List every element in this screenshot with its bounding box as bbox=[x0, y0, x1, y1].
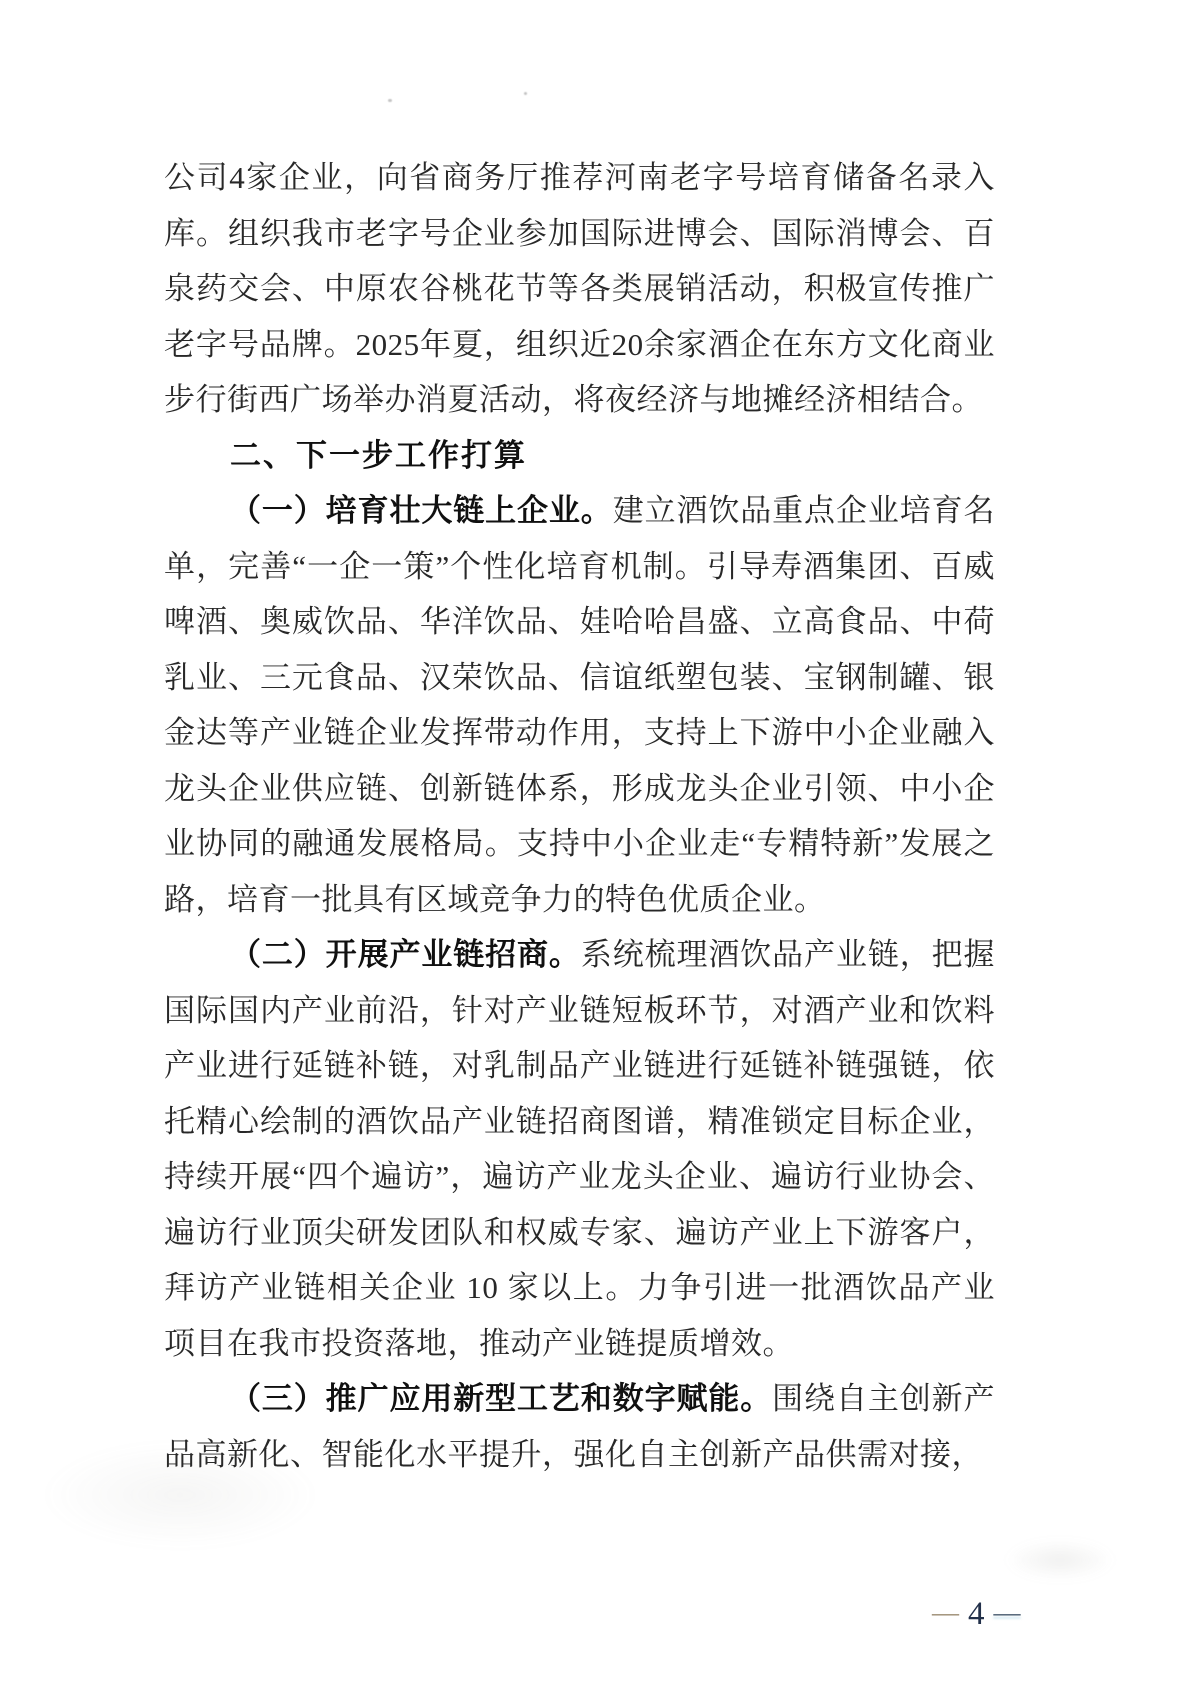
continuation-paragraph: 公司4家企业，向省商务厅推荐河南老字号培育储备名录入库。组织我市老字号企业参加国… bbox=[164, 150, 995, 428]
paragraph-2-lead: （二）开展产业链招商。 bbox=[230, 937, 581, 972]
scan-speck bbox=[524, 92, 527, 95]
paragraph-item-3: （三）推广应用新型工艺和数字赋能。围绕自主创新产品高新化、智能化水平提升，强化自… bbox=[164, 1371, 995, 1482]
page-number-dash-left: — bbox=[932, 1595, 959, 1629]
document-page: 公司4家企业，向省商务厅推荐河南老字号培育储备名录入库。组织我市老字号企业参加国… bbox=[0, 0, 1190, 1682]
scan-speck bbox=[388, 99, 392, 102]
page-number-value: 4 bbox=[968, 1597, 985, 1631]
page-number: — 4 — bbox=[932, 1597, 1021, 1631]
document-body: 公司4家企业，向省商务厅推荐河南老字号培育储备名录入库。组织我市老字号企业参加国… bbox=[164, 150, 995, 1482]
paragraph-1-lead: （一）培育壮大链上企业。 bbox=[230, 493, 613, 528]
paragraph-1-body: 建立酒饮品重点企业培育名单，完善“一企一策”个性化培育机制。引导寿酒集团、百威啤… bbox=[164, 493, 995, 917]
scan-smudge bbox=[1005, 1540, 1115, 1580]
page-number-dash-right: — bbox=[994, 1595, 1021, 1629]
section-heading: 二、下一步工作打算 bbox=[164, 428, 995, 484]
paragraph-item-1: （一）培育壮大链上企业。建立酒饮品重点企业培育名单，完善“一企一策”个性化培育机… bbox=[164, 483, 995, 927]
paragraph-item-2: （二）开展产业链招商。系统梳理酒饮品产业链，把握国际国内产业前沿，针对产业链短板… bbox=[164, 927, 995, 1371]
paragraph-2-body: 系统梳理酒饮品产业链，把握国际国内产业前沿，针对产业链短板环节，对酒产业和饮料产… bbox=[164, 937, 995, 1361]
paragraph-3-lead: （三）推广应用新型工艺和数字赋能。 bbox=[230, 1381, 772, 1416]
